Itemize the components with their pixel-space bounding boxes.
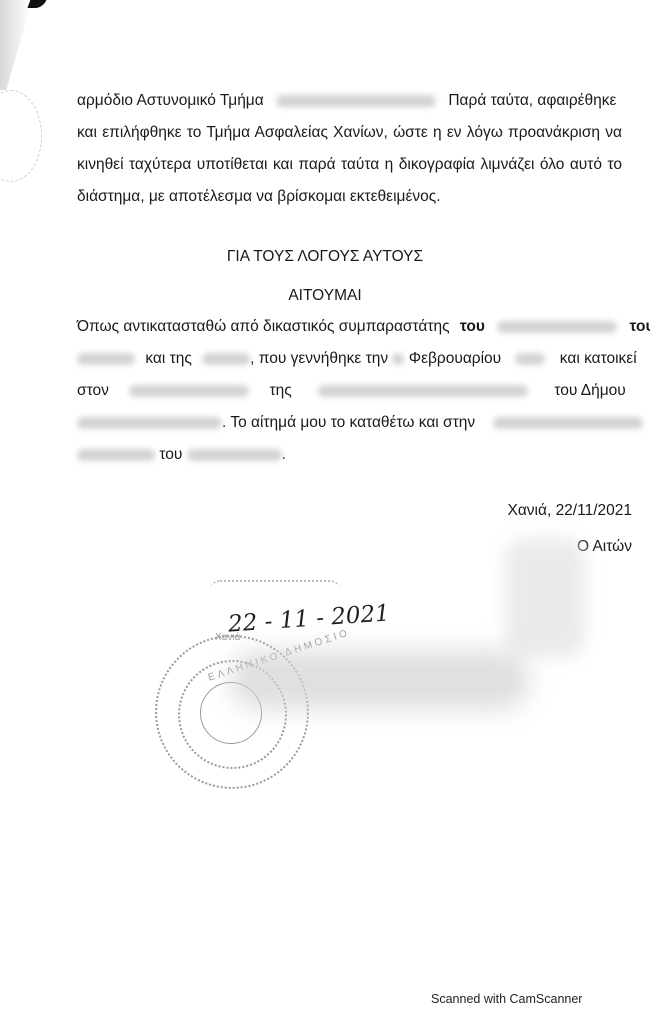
paragraph-line: διάστημα, με αποτέλεσμα να βρίσκομαι εκτ… bbox=[77, 188, 441, 206]
redacted-stamp-details bbox=[230, 650, 530, 710]
redacted-text bbox=[318, 385, 528, 397]
redacted-text bbox=[129, 385, 249, 397]
text-segment: . bbox=[282, 446, 286, 463]
text-segment: Όπως αντικατασταθώ από δικαστικός συμπαρ… bbox=[77, 318, 450, 335]
text-segment: και της bbox=[145, 350, 192, 367]
paragraph-line: Όπως αντικατασταθώ από δικαστικός συμπαρ… bbox=[77, 318, 650, 336]
redacted-text bbox=[515, 353, 545, 365]
redacted-text bbox=[497, 321, 617, 333]
redacted-text bbox=[392, 353, 404, 365]
redacted-signature bbox=[505, 538, 585, 658]
text-segment: Φεβρουαρίου bbox=[409, 350, 501, 367]
text-segment: , που γεννήθηκε την bbox=[250, 350, 388, 367]
camscanner-watermark: Scanned with CamScanner bbox=[431, 992, 582, 1006]
redacted-text bbox=[77, 417, 222, 429]
paragraph-line: . Το αίτημά μου το καταθέτω και στην bbox=[77, 414, 643, 432]
paragraph-line: και της , που γεννήθηκε την Φεβρουαρίου … bbox=[77, 350, 637, 368]
signatory-label: Ο Αιτών bbox=[577, 538, 632, 556]
page-fold-shadow bbox=[0, 0, 32, 90]
text-segment: και κατοικεί bbox=[560, 350, 637, 367]
heading-request: ΑΙΤΟΥΜΑΙ bbox=[0, 287, 650, 305]
text-segment: της bbox=[269, 382, 291, 399]
text-segment: του bbox=[630, 318, 650, 335]
redacted-text bbox=[202, 353, 250, 365]
redacted-text bbox=[276, 95, 436, 107]
redacted-text bbox=[493, 417, 643, 429]
text-segment: του Δήμου bbox=[554, 382, 625, 399]
paragraph-line: αρμόδιο Αστυνομικό Τμήμα Παρά ταύτα, αφα… bbox=[77, 92, 616, 110]
page-fold-corner bbox=[27, 0, 48, 8]
redacted-text bbox=[187, 449, 282, 461]
paragraph-line: κινηθεί ταχύτερα υποτίθεται και παρά ταύ… bbox=[77, 156, 622, 174]
heading-reasons: ΓΙΑ ΤΟΥΣ ΛΟΓΟΥΣ ΑΥΤΟΥΣ bbox=[0, 248, 650, 266]
paragraph-line: του . bbox=[77, 446, 286, 464]
redacted-text bbox=[77, 353, 135, 365]
place-date: Χανιά, 22/11/2021 bbox=[508, 502, 633, 520]
scanned-page: αρμόδιο Αστυνομικό Τμήμα Παρά ταύτα, αφα… bbox=[0, 0, 650, 1010]
edge-stamp-fragment bbox=[0, 90, 42, 182]
text-segment: στον bbox=[77, 382, 109, 399]
text-segment: του bbox=[460, 318, 485, 335]
text-segment: αρμόδιο Αστυνομικό Τμήμα bbox=[77, 92, 264, 109]
text-segment: Παρά ταύτα, αφαιρέθηκε bbox=[448, 92, 616, 109]
text-segment: . Το αίτημά μου το καταθέτω και στην bbox=[222, 414, 475, 431]
paragraph-line: στον της του Δήμου bbox=[77, 382, 626, 400]
paragraph-line: και επιλήφθηκε το Τμήμα Ασφαλείας Χανίων… bbox=[77, 124, 622, 142]
redacted-text bbox=[77, 449, 155, 461]
text-segment: του bbox=[159, 446, 182, 463]
